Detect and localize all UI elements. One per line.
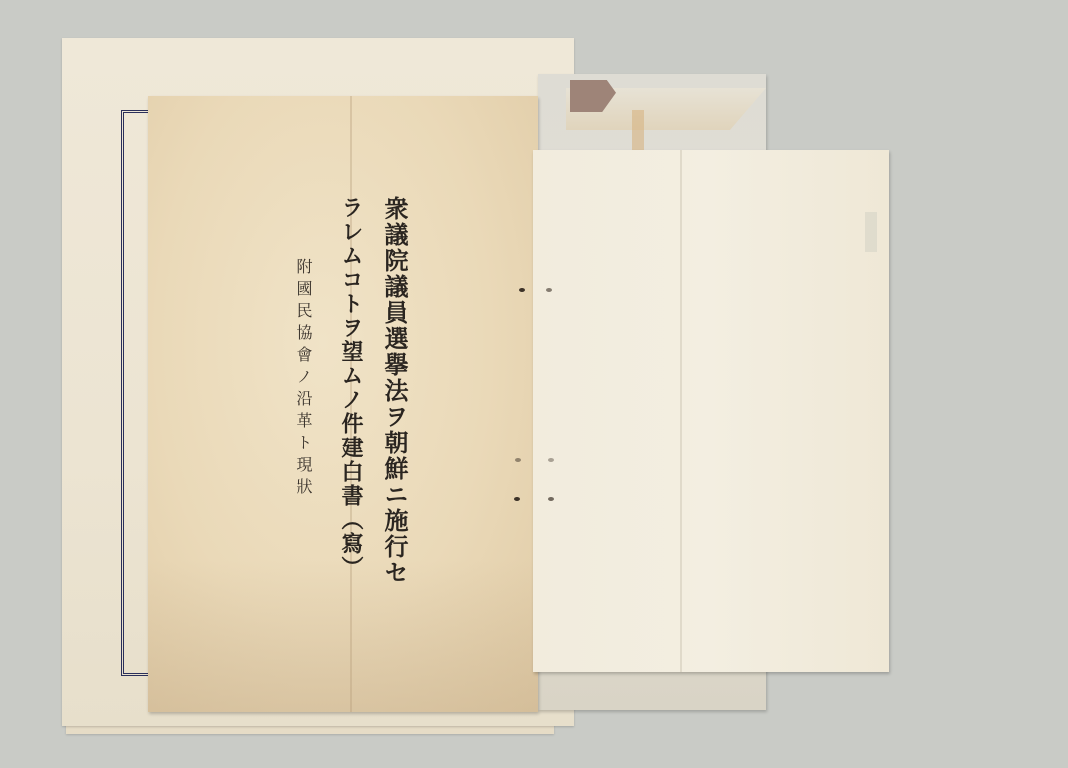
binding-hole (519, 288, 525, 292)
binding-hole (548, 458, 554, 462)
binding-hole (548, 497, 554, 501)
envelope-tape-stain (632, 110, 644, 150)
binding-hole (515, 458, 521, 462)
sheet-fold-line (680, 150, 682, 672)
faint-bleed-through-mark (865, 212, 877, 252)
booklet-title-line-2: ラレムコトヲ望ムノ件建白書（寫） (336, 196, 367, 580)
binding-hole (514, 497, 520, 501)
booklet-subtitle: 附國民協會ノ沿革ト現狀 (292, 258, 315, 500)
loose-sheet (533, 150, 889, 672)
booklet-stain (148, 560, 538, 712)
booklet-title-line-1: 衆議院議員選擧法ヲ朝鮮ニ施行セ (377, 196, 412, 586)
binding-hole (546, 288, 552, 292)
